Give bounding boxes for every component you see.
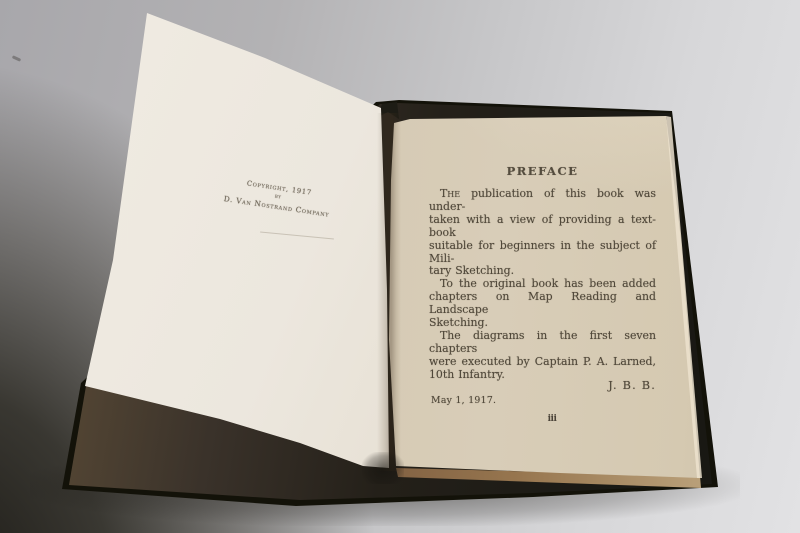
preface-line-8: The diagrams in the first seven chapters (429, 330, 656, 356)
preface-line-3: suitable for beginners in the subject of… (429, 240, 656, 266)
preface-lead-word: The (440, 187, 460, 200)
backdrop-speck (12, 55, 21, 62)
photo-backdrop: Copyright, 1917 by D. Van Nostrand Compa… (0, 0, 800, 533)
page-number: iii (544, 414, 560, 424)
preface-line-2: taken with a view of providing a text-bo… (429, 214, 656, 240)
gutter-bottom-shadow (362, 452, 404, 484)
preface-heading: PREFACE (429, 164, 656, 178)
preface-line-1-rest: publication of this book was under- (429, 187, 656, 213)
gutter-shadow (377, 113, 401, 471)
copyright-block: Copyright, 1917 by D. Van Nostrand Compa… (201, 173, 355, 222)
preface-text-block: PREFACE The publication of this book was… (429, 164, 656, 407)
preface-line-6: chapters on Map Reading and Landscape (429, 291, 656, 317)
preface-line-9: were executed by Captain P. A. Larned, (429, 356, 656, 369)
preface-line-1: The publication of this book was under- (429, 188, 656, 214)
page-crease (260, 231, 334, 239)
preface-date: May 1, 1917. (429, 394, 656, 407)
